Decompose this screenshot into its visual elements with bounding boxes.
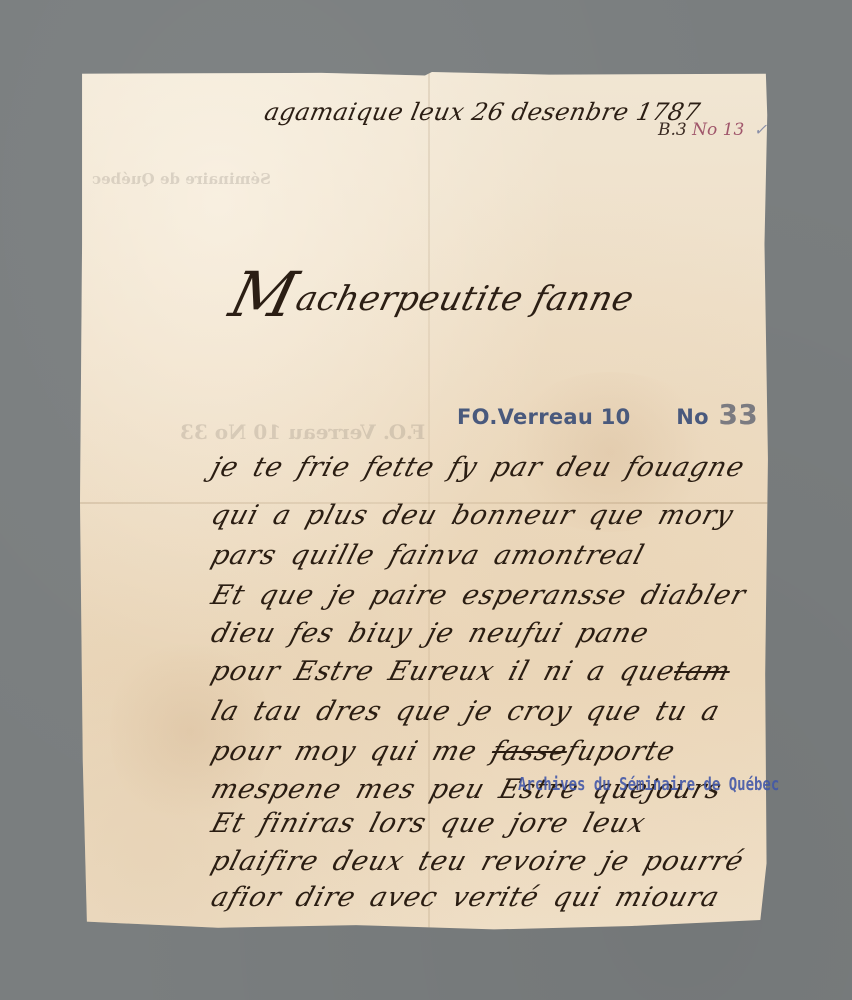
letter-line: pour Estre Eureux il ni a quetam	[208, 656, 735, 687]
verreau-no-value: 33	[718, 398, 758, 431]
letter-line-text: fuporte	[563, 736, 680, 767]
letter-line-text: pars quille fainva amontreal	[208, 540, 649, 571]
verreau-stamp: FO.Verreau 10 No 33	[457, 398, 758, 431]
verreau-stamp-label: FO.Verreau 10	[457, 405, 631, 429]
struck-text: tam	[670, 656, 734, 687]
letter-line-text: Et finiras lors que jore leux	[208, 808, 650, 839]
letter-line-text: la tau dres que je croy que tu a	[208, 696, 724, 727]
show-through-text: F.O. Verreau 10 No 33	[180, 420, 425, 444]
salutation-text: acherpeutite fanne	[292, 279, 638, 319]
letter-line: qui a plus deu bonneur que mory	[208, 500, 738, 531]
letter-line: plaifire deux teu revoire je pourré	[208, 846, 748, 877]
archives-stamp: Archives du Séminaire de Québec	[518, 775, 779, 795]
reference-number: No 13	[692, 120, 744, 140]
letter-line: je te frie fette fy par deu fouagne	[208, 452, 749, 483]
letter-line-text: dieu fes biuy je neufui pane	[208, 618, 653, 649]
letter-line: Et finiras lors que jore leux	[208, 808, 650, 839]
letter-line: la tau dres que je croy que tu a	[208, 696, 724, 727]
letter-line: Et que je paire esperansse diabler	[208, 580, 750, 611]
letter-line: afior dire avec verité qui mioura	[208, 882, 724, 913]
salutation: Macherpeutite fanne	[223, 258, 643, 331]
letter-line-text: pour Estre Eureux il ni a que	[208, 656, 679, 687]
letter-line: pour moy qui me fassefuporte	[208, 736, 680, 767]
letter-line: dieu fes biuy je neufui pane	[208, 618, 653, 649]
letter-line: pars quille fainva amontreal	[208, 540, 649, 571]
letter-line-text: Et que je paire esperansse diabler	[208, 580, 750, 611]
struck-text: fasse	[488, 736, 572, 767]
letter-line-text: qui a plus deu bonneur que mory	[208, 500, 738, 531]
verreau-no-label: No	[676, 405, 709, 429]
place-date-line: agamaique leux 26 desenbre 1787	[262, 98, 703, 126]
letter-line-text: plaifire deux teu revoire je pourré	[208, 846, 748, 877]
check-mark-icon: ✓	[754, 120, 767, 139]
letter-line-text: je te frie fette fy par deu fouagne	[208, 452, 749, 483]
archival-reference: B.3 No 13 ✓	[658, 120, 767, 140]
show-through-text: Séminaire de Québec	[92, 170, 271, 188]
reference-prefix: B.3	[658, 120, 687, 140]
letter-line-text: pour moy qui me	[208, 736, 481, 767]
letter-line-text: afior dire avec verité qui mioura	[208, 882, 724, 913]
